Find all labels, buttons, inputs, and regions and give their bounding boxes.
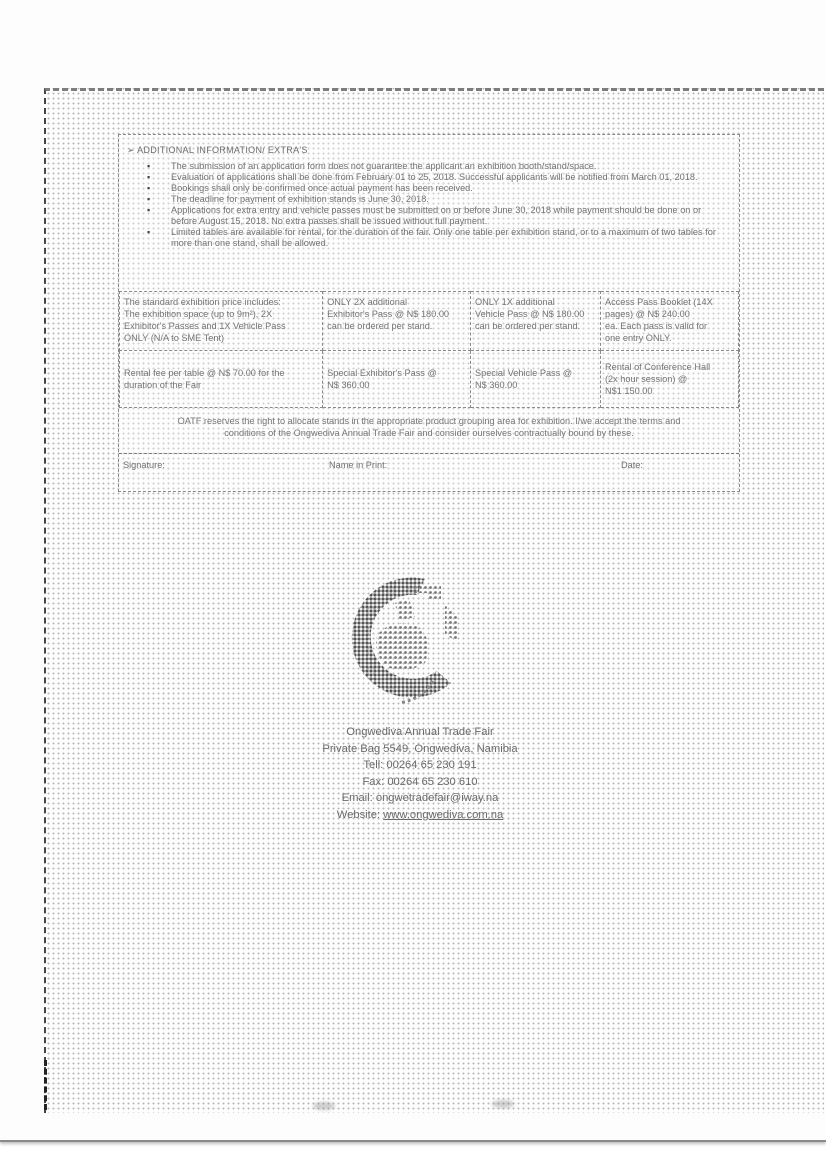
cell-line: The standard exhibition price includes: [124, 296, 318, 308]
postal-address: Private Bag 5549, Ongwediva, Namibia [290, 741, 550, 758]
cell-line: N$ 360.00 [475, 379, 596, 391]
cell-line: can be ordered per stand. [475, 320, 596, 332]
additional-info-heading: ➢ ADDITIONAL INFORMATION/ EXTRA'S [127, 145, 308, 156]
telephone: Tell: 00264 65 230 191 [290, 757, 550, 774]
heading-text: ADDITIONAL INFORMATION/ EXTRA'S [137, 145, 308, 155]
list-item-text: The submission of an application form do… [171, 161, 596, 171]
scan-smudge [313, 1102, 335, 1110]
cell-line: Rental of Conference Hall [605, 361, 734, 373]
cell-line: Special Vehicle Pass @ [475, 367, 596, 379]
cell-line: Rental fee per table @ N$ 70.00 for the [124, 367, 318, 379]
website-label: Website: [337, 809, 383, 821]
scanned-page: ➢ ADDITIONAL INFORMATION/ EXTRA'S ▪The s… [0, 0, 826, 1142]
table-row: The standard exhibition price includes: … [120, 292, 739, 351]
list-item: ▪Limited tables are available for rental… [139, 227, 729, 249]
cell-line: N$ 360.00 [327, 379, 466, 391]
cell-line: Exhibitor's Pass @ N$ 180.00 [327, 308, 466, 320]
special-vehicle-pass-cell: Special Vehicle Pass @ N$ 360.00 [470, 351, 600, 408]
bullet-icon: ▪ [147, 205, 150, 216]
scan-smudge [492, 1100, 514, 1108]
website-line: Website: www.ongwediva.com.na [290, 807, 550, 824]
signature-row: Signature: Name in Print: Date: [119, 453, 739, 474]
additional-info-list: ▪The submission of an application form d… [139, 161, 729, 249]
list-item-text: Limited tables are available for rental,… [171, 227, 716, 248]
cell-line: Access Pass Booklet (14X [605, 296, 734, 308]
list-item-text: Evaluation of applications shall be done… [171, 172, 698, 182]
list-item: ▪The submission of an application form d… [139, 161, 729, 172]
cell-line: ONLY 2X additional [327, 296, 466, 308]
cell-line: The exhibition space (up to 9m²), 2X [124, 308, 318, 320]
conference-hall-cell: Rental of Conference Hall (2x hour sessi… [600, 351, 738, 408]
cell-line: Exhibitor's Passes and 1X Vehicle Pass [124, 320, 318, 332]
list-item: ▪The deadline for payment of exhibition … [139, 194, 729, 205]
standard-price-cell: The standard exhibition price includes: … [120, 292, 323, 351]
table-row: Rental fee per table @ N$ 70.00 for the … [120, 351, 739, 408]
table-rental-cell: Rental fee per table @ N$ 70.00 for the … [120, 351, 323, 408]
access-pass-booklet-cell: Access Pass Booklet (14X pages) @ N$ 240… [600, 292, 738, 351]
cell-line: ea. Each pass is valid for [605, 320, 734, 332]
list-item-text: The deadline for payment of exhibition s… [171, 194, 429, 204]
bullet-icon: ▪ [147, 183, 150, 194]
cell-line: N$1 150.00 [605, 385, 734, 397]
cell-line: can be ordered per stand. [327, 320, 466, 332]
exhibitor-pass-cell: ONLY 2X additional Exhibitor's Pass @ N$… [323, 292, 471, 351]
terms-declaration: OATF reserves the right to allocate stan… [129, 415, 729, 439]
cell-line: duration of the Fair [124, 379, 318, 391]
special-exhibitor-pass-cell: Special Exhibitor's Pass @ N$ 360.00 [323, 351, 471, 408]
signature-label: Signature: [123, 460, 165, 470]
declaration-line: conditions of the Ongwediva Annual Trade… [129, 427, 729, 439]
bullet-arrow-icon: ➢ [127, 145, 137, 155]
cell-line: pages) @ N$ 240.00 [605, 308, 734, 320]
fees-table: The standard exhibition price includes: … [119, 291, 739, 408]
list-item: ▪Applications for extra entry and vehicl… [139, 205, 729, 227]
name-in-print-label: Name in Print: [329, 460, 387, 470]
contact-block: Ongwediva Annual Trade Fair Private Bag … [290, 724, 550, 823]
date-label: Date: [621, 460, 643, 470]
bullet-icon: ▪ [147, 194, 150, 205]
fax: Fax: 00264 65 230 610 [290, 774, 550, 791]
declaration-line: OATF reserves the right to allocate stan… [129, 415, 729, 427]
bullet-icon: ▪ [147, 227, 150, 238]
organisation-name: Ongwediva Annual Trade Fair [290, 724, 550, 741]
email: Email: ongwetradefair@iway.na [290, 790, 550, 807]
list-item-text: Applications for extra entry and vehicle… [171, 205, 701, 226]
scan-edge-mark [44, 1060, 50, 1110]
cell-line: ONLY (N/A to SME Tent) [124, 332, 318, 344]
cell-line: ONLY 1X additional [475, 296, 596, 308]
bullet-icon: ▪ [147, 161, 150, 172]
website-link[interactable]: www.ongwediva.com.na [383, 809, 503, 821]
cell-line: one entry ONLY. [605, 332, 734, 344]
cell-line: Special Exhibitor's Pass @ [327, 367, 466, 379]
bullet-icon: ▪ [147, 172, 150, 183]
list-item: ▪Bookings shall only be confirmed once a… [139, 183, 729, 194]
cell-line: Vehicle Pass @ N$ 180.00 [475, 308, 596, 320]
ongwediva-trade-fair-logo-icon [333, 565, 478, 710]
additional-info-form: ➢ ADDITIONAL INFORMATION/ EXTRA'S ▪The s… [118, 134, 740, 492]
list-item: ▪Evaluation of applications shall be don… [139, 172, 729, 183]
list-item-text: Bookings shall only be confirmed once ac… [171, 183, 473, 193]
cell-line: (2x hour session) @ [605, 373, 734, 385]
vehicle-pass-cell: ONLY 1X additional Vehicle Pass @ N$ 180… [470, 292, 600, 351]
